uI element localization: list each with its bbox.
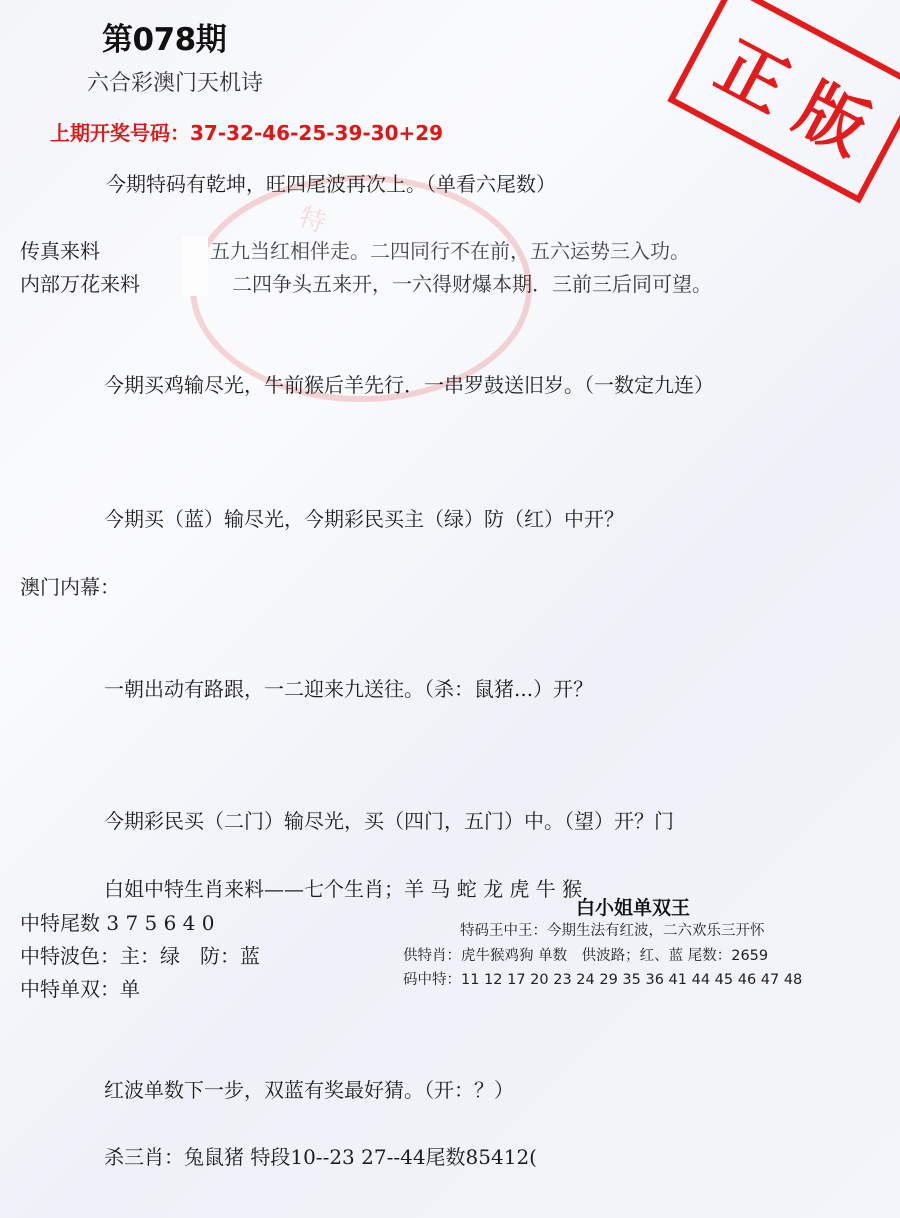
poem-line-4: 一朝出动有路跟，一二迎来九送往。（杀：鼠猪...）开？ <box>104 673 593 702</box>
last-draw-numbers: 上期开奖号码：37-32-46-25-39-30+29 <box>50 117 443 146</box>
tail-numbers: 中特尾数 3 7 5 6 4 0 <box>20 907 215 936</box>
odd-even: 中特单双：单 <box>20 973 140 1002</box>
bai-xiaojie-line-2: 供特肖：虎牛猴鸡狗 单数 供波路；红、蓝 尾数：2659 <box>403 944 768 965</box>
bai-xiaojie-title: 白小姐单双王 <box>576 893 690 920</box>
watermark-seal-text: 特 <box>294 197 331 241</box>
issue-title: 第078期 <box>102 14 226 59</box>
bai-jie-zodiac-line: 白姐中特生肖来料——七个生肖；羊 马 蛇 龙 虎 牛 猴 <box>104 873 582 902</box>
redaction-patch <box>182 236 208 296</box>
bai-xiaojie-line-3: 码中特：11 12 17 20 23 24 29 35 36 41 44 45 … <box>403 968 802 989</box>
poem-line-1: 今期特码有乾坤，旺四尾波再次上。（单看六尾数） <box>106 168 556 197</box>
stamp-char-2: 版 <box>782 55 888 173</box>
poem-line-3: 今期买（蓝）输尽光，今期彩民买主（绿）防（红）中开？ <box>104 503 624 532</box>
wave-color: 中特波色：主：绿 防：蓝 <box>20 940 260 969</box>
internal-label: 内部万花来料 <box>20 268 140 297</box>
fax-text: 五九当红相伴走。二四同行不在前，五六运势三入功。 <box>210 235 690 264</box>
poem-line-6: 红波单数下一步，双蓝有奖最好猜。（开：？） <box>104 1074 514 1103</box>
subtitle: 六合彩澳门天机诗 <box>87 66 263 97</box>
poem-line-5: 今期彩民买（二门）输尽光，买（四门，五门）中。（望）开？门 <box>104 805 674 834</box>
poem-line-2: 今期买鸡输尽光，牛前猴后羊先行．一串罗鼓送旧岁。（一数定九连） <box>104 369 714 398</box>
bai-xiaojie-line-1: 特码王中王：今期生法有红波，二六欢乐三开怀 <box>460 919 765 940</box>
genuine-stamp: 正 版 <box>667 0 900 203</box>
stamp-char-1: 正 <box>702 13 808 131</box>
fax-label: 传真来料 <box>20 235 100 264</box>
macau-inside-label: 澳门内幕： <box>20 571 120 600</box>
internal-text: 二四争头五来开，一六得财爆本期．三前三后同可望。 <box>232 268 712 297</box>
kill-zodiac-line: 杀三肖：兔鼠猪 特段10--23 27--44尾数85412( <box>104 1141 537 1170</box>
